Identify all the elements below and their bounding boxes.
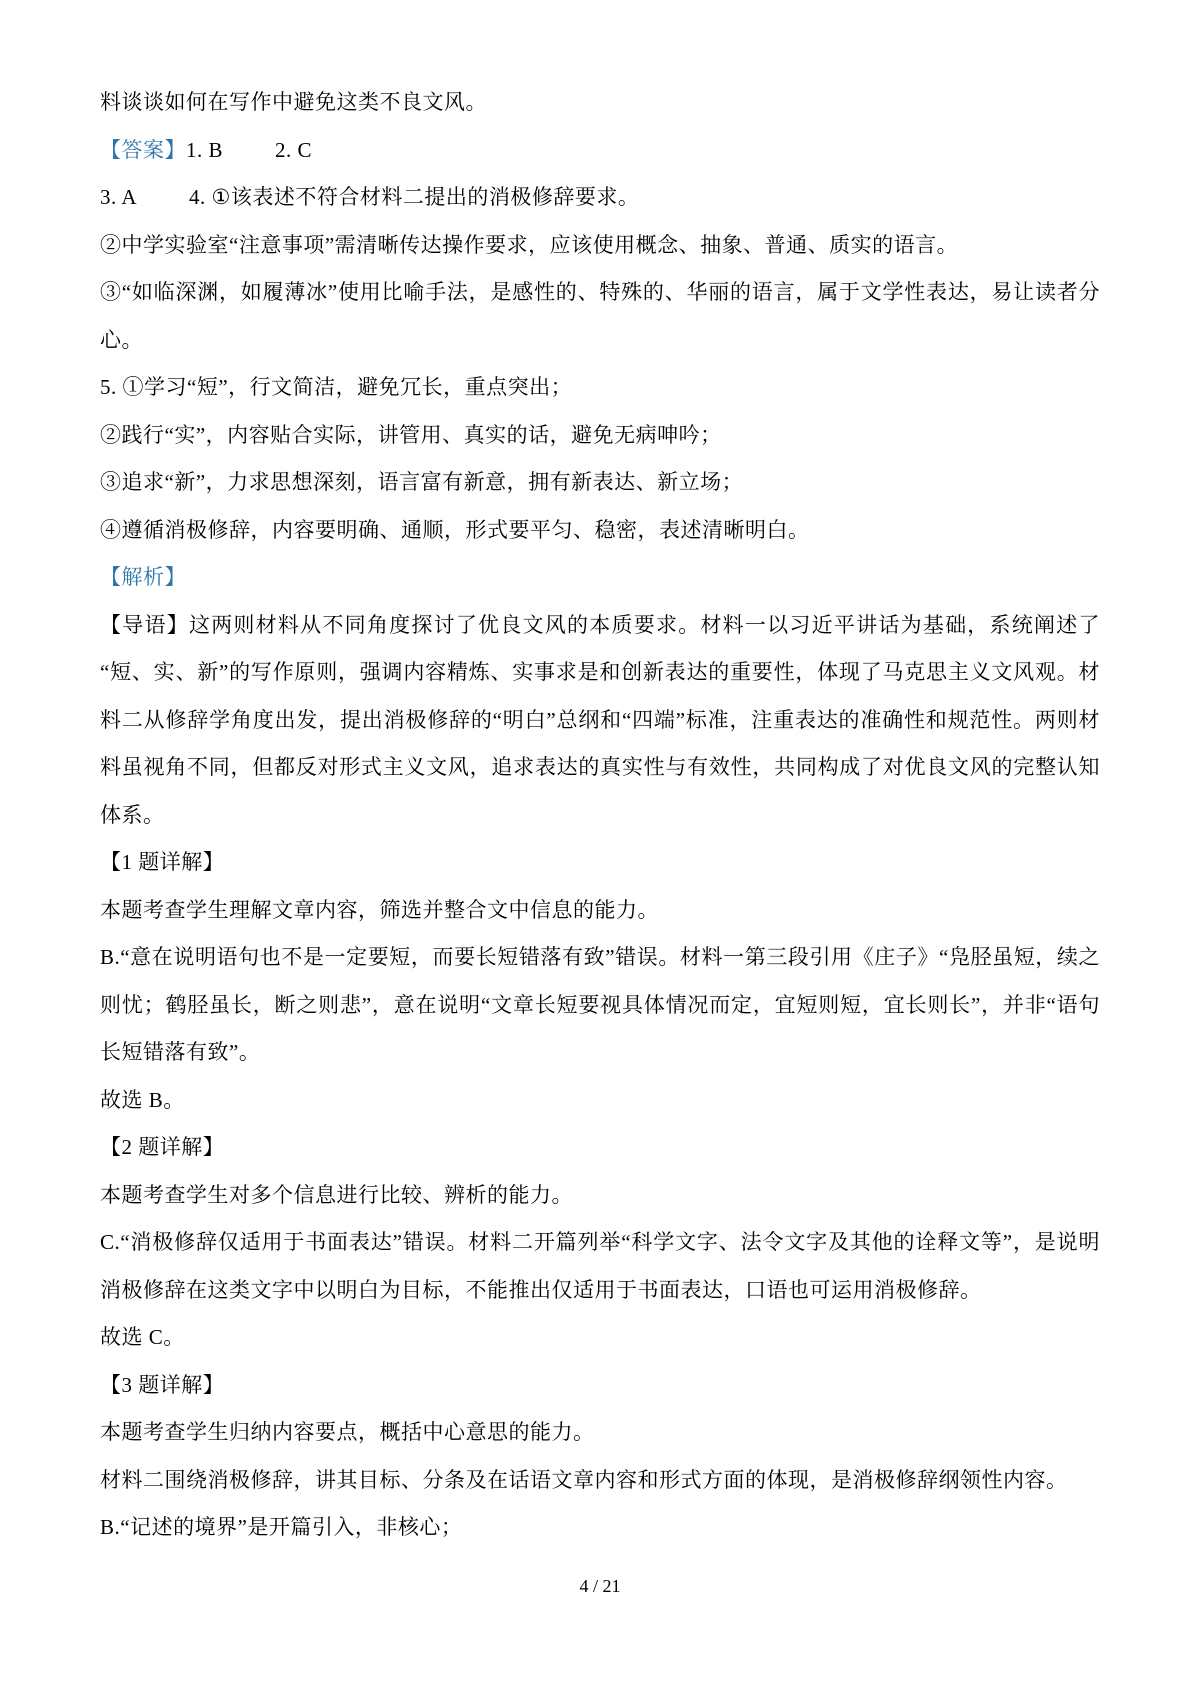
paragraph-answer-3-4: 3. A4. ①该表述不符合材料二提出的消极修辞要求。 xyxy=(100,174,1100,222)
paragraph-answer5-point4: ④遵循消极修辞，内容要明确、通顺，形式要平匀、稳密，表述清晰明白。 xyxy=(100,507,1100,555)
document-content: 料谈谈如何在写作中避免这类不良文风。 【答案】1. B2. C 3. A4. ①… xyxy=(100,79,1100,1552)
page-number: 4 / 21 xyxy=(0,1574,1200,1598)
paragraph-answer5-point2: ②践行“实”，内容贴合实际，讲管用、真实的话，避免无病呻吟； xyxy=(100,412,1100,460)
question2-body: C.“消极修辞仅适用于书面表达”错误。材料二开篇列举“科学文字、法令文字及其他的… xyxy=(100,1219,1100,1314)
question1-header: 【1 题详解】 xyxy=(100,839,1100,887)
paragraph-daoyu: 【导语】这两则材料从不同角度探讨了优良文风的本质要求。材料一以习近平讲话为基础，… xyxy=(100,602,1100,840)
paragraph-answer5-point3: ③追求“新”，力求思想深刻，语言富有新意，拥有新表达、新立场； xyxy=(100,459,1100,507)
question2-skill: 本题考查学生对多个信息进行比较、辨析的能力。 xyxy=(100,1172,1100,1220)
question3-body: 材料二围绕消极修辞，讲其目标、分条及在话语文章内容和形式方面的体现，是消极修辞纲… xyxy=(100,1457,1100,1505)
question3-skill: 本题考查学生归纳内容要点，概括中心意思的能力。 xyxy=(100,1409,1100,1457)
question1-choice: 故选 B。 xyxy=(100,1077,1100,1125)
question3-header: 【3 题详解】 xyxy=(100,1362,1100,1410)
answer-item-1: 1. B xyxy=(186,138,223,162)
analysis-label: 【解析】 xyxy=(100,554,1100,602)
question2-header: 【2 题详解】 xyxy=(100,1124,1100,1172)
question1-skill: 本题考查学生理解文章内容，筛选并整合文中信息的能力。 xyxy=(100,887,1100,935)
question3-point-b: B.“记述的境界”是开篇引入，非核心； xyxy=(100,1504,1100,1552)
answer-label: 【答案】 xyxy=(100,138,186,162)
answer-item-3: 3. A xyxy=(100,185,137,209)
paragraph-answer4-point2: ②中学实验室“注意事项”需清晰传达操作要求，应该使用概念、抽象、普通、质实的语言… xyxy=(100,222,1100,270)
paragraph-answer5-point1: 5. ①学习“短”，行文简洁，避免冗长，重点突出； xyxy=(100,364,1100,412)
question1-body: B.“意在说明语句也不是一定要短，而要长短错落有致”错误。材料一第三段引用《庄子… xyxy=(100,934,1100,1077)
paragraph-answer4-point3: ③“如临深渊，如履薄冰”使用比喻手法，是感性的、特殊的、华丽的语言，属于文学性表… xyxy=(100,269,1100,364)
document-page: 料谈谈如何在写作中避免这类不良文风。 【答案】1. B2. C 3. A4. ①… xyxy=(0,0,1200,1697)
question2-choice: 故选 C。 xyxy=(100,1314,1100,1362)
answer-item-2: 2. C xyxy=(275,138,312,162)
answer-item-4: 4. ①该表述不符合材料二提出的消极修辞要求。 xyxy=(189,185,639,209)
analysis-label-text: 【解析】 xyxy=(100,565,186,589)
paragraph-answer-header: 【答案】1. B2. C xyxy=(100,127,1100,175)
paragraph-intro: 料谈谈如何在写作中避免这类不良文风。 xyxy=(100,79,1100,127)
